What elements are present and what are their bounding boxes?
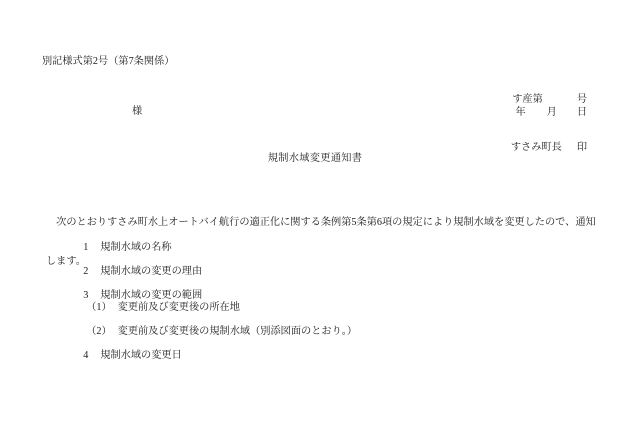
list-item-4-label: 規制水域の変更日 bbox=[100, 350, 182, 361]
addressee-honorific: 様 bbox=[132, 105, 142, 118]
date-month-label: 月 bbox=[547, 107, 557, 118]
form-number: 別記様式第2号（第7条関係） bbox=[42, 55, 174, 68]
list-item-4: 4規制水域の変更日 bbox=[73, 336, 182, 375]
date-line: 年月日 bbox=[505, 93, 587, 132]
date-year-label: 年 bbox=[515, 107, 525, 118]
date-day-label: 日 bbox=[577, 107, 587, 118]
document-page: 別記様式第2号（第7条関係） す産第号 年月日 様 すさみ町長印 規制水域変更通… bbox=[0, 0, 630, 439]
list-item-4-number: 4 bbox=[83, 350, 88, 361]
document-title: 規制水域変更通知書 bbox=[0, 152, 630, 165]
